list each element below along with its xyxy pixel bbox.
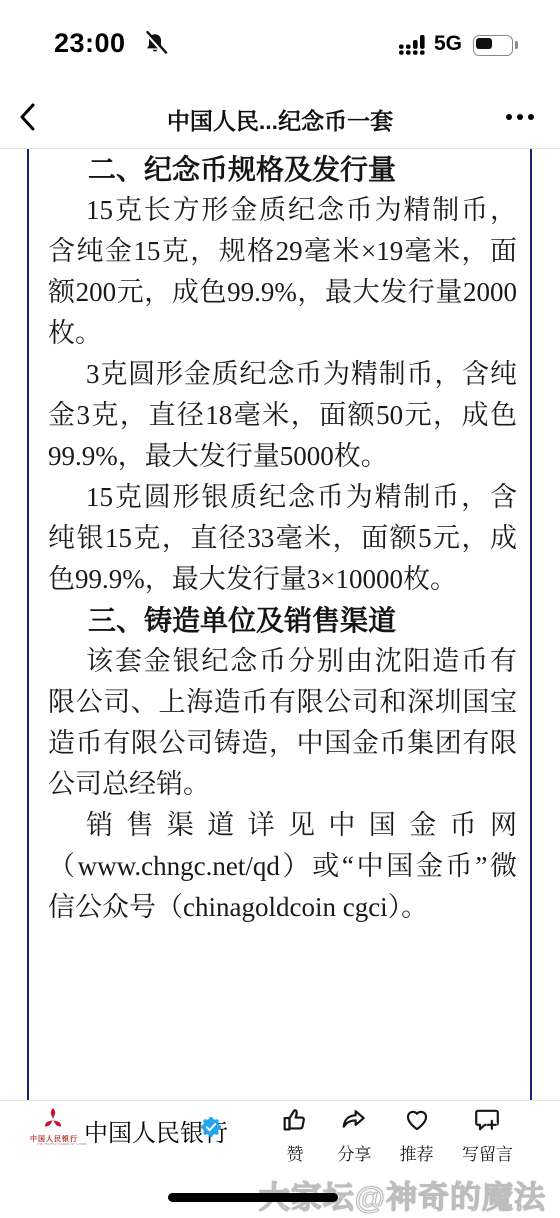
home-indicator[interactable]	[168, 1193, 338, 1202]
screen: 23:00 5G 中国人民...纪念币一套 二、纪念币规格及发行量	[0, 0, 560, 1218]
action-label: 推荐	[400, 1140, 434, 1165]
pboc-logo-text-en: THE PEOPLE'S BANK OF CHINA	[36, 1143, 71, 1146]
page-title: 中国人民...纪念币一套	[0, 103, 560, 136]
article-paragraph: 15克圆形银质纪念币为精制币，含纯银15克，直径33毫米，面额5元，成色99.9…	[48, 477, 517, 600]
write-comment-button[interactable]: 写留言	[462, 1106, 513, 1165]
section-heading: 二、纪念币规格及发行量	[48, 149, 517, 190]
share-button[interactable]: 分享	[337, 1106, 371, 1165]
like-button[interactable]: 赞	[281, 1106, 309, 1165]
comment-plus-icon	[473, 1106, 501, 1139]
heart-icon	[403, 1106, 431, 1139]
section-heading: 三、铸造单位及销售渠道	[48, 600, 517, 641]
article-paragraph: 销售渠道详见中国金币网（www.chngc.net/qd）或“中国金币”微信公众…	[48, 805, 517, 928]
article-paragraph: 该套金银纪念币分别由沈阳造币有限公司、上海造币有限公司和深圳国宝造币有限公司铸造…	[48, 641, 517, 805]
battery-nub	[515, 41, 519, 49]
article-paragraph: 3克圆形金质纪念币为精制币，含纯金3克，直径18毫米，面额50元，成色99.9%…	[48, 354, 517, 477]
right-border-line	[530, 149, 532, 1101]
battery-fill	[476, 38, 492, 49]
action-label: 写留言	[462, 1140, 513, 1165]
footer-actions: 赞 分享 推荐	[281, 1106, 513, 1165]
signal-bars-icon	[399, 35, 427, 60]
network-type-label: 5G	[434, 32, 462, 56]
left-border-line	[27, 149, 29, 1101]
share-icon	[340, 1106, 368, 1139]
action-label: 赞	[287, 1140, 304, 1165]
verified-badge-icon	[201, 1117, 221, 1142]
action-label: 分享	[337, 1140, 371, 1165]
thumbs-up-icon	[281, 1106, 309, 1139]
mute-bell-icon	[142, 31, 168, 62]
article-paragraph: 15克长方形金质纪念币为精制币，含纯金15克，规格29毫米×19毫米，面额200…	[48, 190, 517, 354]
article-content: 二、纪念币规格及发行量 15克长方形金质纪念币为精制币，含纯金15克，规格29毫…	[0, 148, 560, 1101]
status-time: 23:00	[54, 28, 126, 59]
more-menu-button[interactable]	[506, 114, 534, 120]
battery-icon	[473, 35, 513, 56]
recommend-button[interactable]: 推荐	[400, 1106, 434, 1165]
